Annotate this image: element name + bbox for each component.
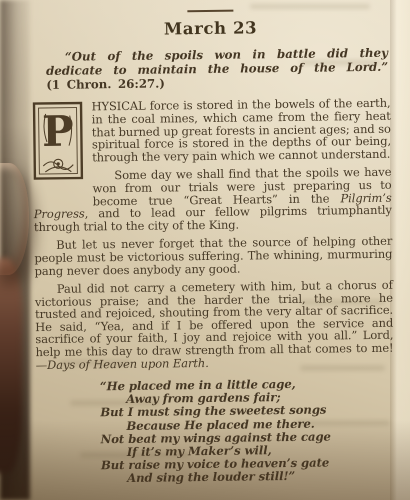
date-heading: March 23 xyxy=(31,17,389,40)
drop-cap-ornament: P xyxy=(32,102,83,181)
paragraph-1-text: HYSICAL force is stored in the bowels of… xyxy=(91,96,391,164)
drop-cap-letter: P xyxy=(42,107,74,156)
paragraph-3: But let us never forget that the source … xyxy=(34,235,392,277)
bottom-vignette xyxy=(0,420,410,500)
section-divider-rule xyxy=(187,10,233,13)
paragraph-1: HYSICAL force is stored in the bowels of… xyxy=(32,97,391,164)
paragraph-4-attribution: Days of Heaven upon Earth. xyxy=(47,356,209,372)
book-page-photo: March 23 “Out of the spoils won in battl… xyxy=(0,0,410,500)
epigraph-quote: “Out of the spoils won in battle did the… xyxy=(46,46,388,78)
drop-cap-frame: P xyxy=(32,102,83,181)
text-column: March 23 “Out of the spoils won in battl… xyxy=(31,4,395,486)
paragraph-2-text-cont: , and to lead our fellow pilgrims triump… xyxy=(34,203,392,234)
paragraph-4: Paul did not carry a cemetery with him, … xyxy=(35,279,394,372)
scripture-reference: (1 Chron. 26:27.) xyxy=(46,76,165,91)
paragraph-2: Some day we shall find that the spoils w… xyxy=(33,166,392,233)
dropcap-section: P HYSICAL force is stored in the bowels … xyxy=(32,97,392,233)
epigraph: “Out of the spoils won in battle did the… xyxy=(32,47,390,93)
